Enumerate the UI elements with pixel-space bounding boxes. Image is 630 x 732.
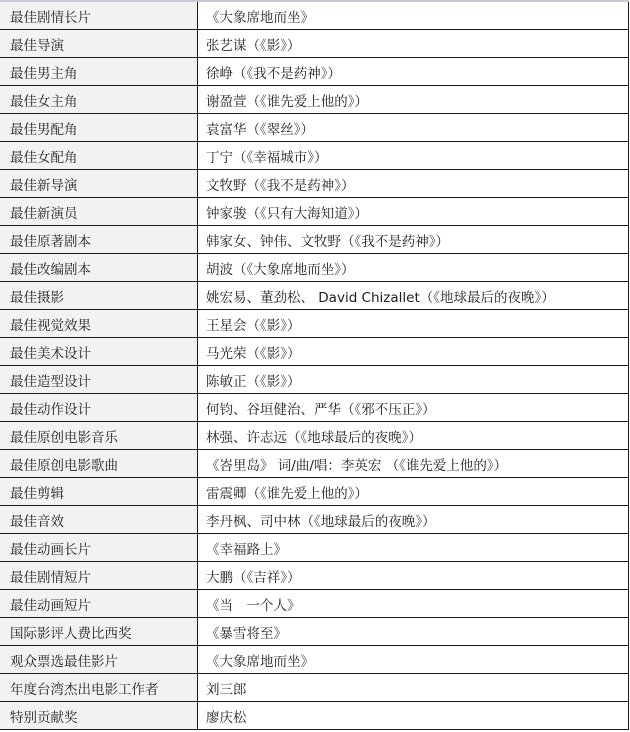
winner-cell: 谢盈萱（《谁先爱上他的》）	[198, 86, 629, 114]
category-cell: 最佳动画长片	[1, 534, 198, 562]
category-cell: 最佳摄影	[1, 282, 198, 310]
category-cell: 最佳造型设计	[1, 366, 198, 394]
category-cell: 最佳新演员	[1, 198, 198, 226]
category-cell: 年度台湾杰出电影工作者	[1, 674, 198, 702]
winner-cell: 胡波（《大象席地而坐》）	[198, 254, 629, 282]
table-row: 最佳美术设计马光荣（《影》）	[1, 338, 629, 366]
winner-cell: 文牧野（《我不是药神》）	[198, 170, 629, 198]
table-row: 最佳女配角丁宁（《幸福城市》）	[1, 142, 629, 170]
table-row: 最佳剪辑雷震卿（《谁先爱上他的》）	[1, 478, 629, 506]
table-row: 最佳男主角徐峥（《我不是药神》）	[1, 58, 629, 86]
category-cell: 最佳男主角	[1, 58, 198, 86]
table-row: 国际影评人费比西奖《暴雪将至》	[1, 618, 629, 646]
table-row: 最佳造型设计陈敏正（《影》）	[1, 366, 629, 394]
table-row: 最佳原著剧本韩家女、钟伟、文牧野（《我不是药神》）	[1, 226, 629, 254]
table-row: 最佳女主角谢盈萱（《谁先爱上他的》）	[1, 86, 629, 114]
winner-cell: 雷震卿（《谁先爱上他的》）	[198, 478, 629, 506]
table-row: 年度台湾杰出电影工作者刘三郎	[1, 674, 629, 702]
table-row: 最佳原创电影歌曲《峇里岛》 词/曲/唱：李英宏 （《谁先爱上他的》）	[1, 450, 629, 478]
category-cell: 最佳剪辑	[1, 478, 198, 506]
category-cell: 国际影评人费比西奖	[1, 618, 198, 646]
table-row: 最佳动画长片《幸福路上》	[1, 534, 629, 562]
winner-cell: 钟家骏（《只有大海知道》）	[198, 198, 629, 226]
category-cell: 最佳动作设计	[1, 394, 198, 422]
category-cell: 最佳导演	[1, 30, 198, 58]
table-row: 特别贡献奖廖庆松	[1, 702, 629, 730]
winner-cell: 《当 一个人》	[198, 590, 629, 618]
category-cell: 最佳原著剧本	[1, 226, 198, 254]
table-row: 最佳音效李丹枫、司中林（《地球最后的夜晚》）	[1, 506, 629, 534]
table-row: 最佳男配角袁富华（《翠丝》）	[1, 114, 629, 142]
category-cell: 最佳女配角	[1, 142, 198, 170]
winner-cell: 陈敏正（《影》）	[198, 366, 629, 394]
winner-cell: 袁富华（《翠丝》）	[198, 114, 629, 142]
winner-cell: 姚宏易、董劲松、 David Chizallet（《地球最后的夜晚》）	[198, 282, 629, 310]
category-cell: 最佳原创电影音乐	[1, 422, 198, 450]
category-cell: 最佳剧情长片	[1, 1, 198, 30]
winner-cell: 廖庆松	[198, 702, 629, 730]
category-cell: 最佳女主角	[1, 86, 198, 114]
category-cell: 最佳男配角	[1, 114, 198, 142]
winner-cell: 《大象席地而坐》	[198, 1, 629, 30]
category-cell: 最佳剧情短片	[1, 562, 198, 590]
category-cell: 最佳新导演	[1, 170, 198, 198]
winner-cell: 《暴雪将至》	[198, 618, 629, 646]
awards-table: 最佳剧情长片《大象席地而坐》 最佳导演张艺谋（《影》） 最佳男主角徐峥（《我不是…	[0, 0, 629, 730]
table-row: 最佳原创电影音乐林强、许志远（《地球最后的夜晚》）	[1, 422, 629, 450]
winner-cell: 马光荣（《影》）	[198, 338, 629, 366]
winner-cell: 丁宁（《幸福城市》）	[198, 142, 629, 170]
winner-cell: 林强、许志远（《地球最后的夜晚》）	[198, 422, 629, 450]
winner-cell: 《峇里岛》 词/曲/唱：李英宏 （《谁先爱上他的》）	[198, 450, 629, 478]
winner-cell: 《幸福路上》	[198, 534, 629, 562]
table-row: 最佳剧情短片大鹏（《吉祥》）	[1, 562, 629, 590]
table-row: 最佳动作设计何钧、谷垣健治、严华（《邪不压正》）	[1, 394, 629, 422]
table-row: 最佳新导演文牧野（《我不是药神》）	[1, 170, 629, 198]
category-cell: 最佳音效	[1, 506, 198, 534]
winner-cell: 《大象席地而坐》	[198, 646, 629, 674]
category-cell: 最佳动画短片	[1, 590, 198, 618]
winner-cell: 何钧、谷垣健治、严华（《邪不压正》）	[198, 394, 629, 422]
category-cell: 特别贡献奖	[1, 702, 198, 730]
category-cell: 最佳美术设计	[1, 338, 198, 366]
table-row: 最佳剧情长片《大象席地而坐》	[1, 1, 629, 30]
winner-cell: 刘三郎	[198, 674, 629, 702]
table-row: 最佳改编剧本胡波（《大象席地而坐》）	[1, 254, 629, 282]
table-row: 最佳摄影姚宏易、董劲松、 David Chizallet（《地球最后的夜晚》）	[1, 282, 629, 310]
winner-cell: 张艺谋（《影》）	[198, 30, 629, 58]
winner-cell: 王星会（《影》）	[198, 310, 629, 338]
table-row: 观众票选最佳影片《大象席地而坐》	[1, 646, 629, 674]
table-row: 最佳动画短片《当 一个人》	[1, 590, 629, 618]
category-cell: 最佳原创电影歌曲	[1, 450, 198, 478]
winner-cell: 大鹏（《吉祥》）	[198, 562, 629, 590]
category-cell: 最佳视觉效果	[1, 310, 198, 338]
table-row: 最佳视觉效果王星会（《影》）	[1, 310, 629, 338]
winner-cell: 徐峥（《我不是药神》）	[198, 58, 629, 86]
table-row: 最佳新演员钟家骏（《只有大海知道》）	[1, 198, 629, 226]
category-cell: 最佳改编剧本	[1, 254, 198, 282]
table-row: 最佳导演张艺谋（《影》）	[1, 30, 629, 58]
winner-cell: 韩家女、钟伟、文牧野（《我不是药神》）	[198, 226, 629, 254]
category-cell: 观众票选最佳影片	[1, 646, 198, 674]
winner-cell: 李丹枫、司中林（《地球最后的夜晚》）	[198, 506, 629, 534]
